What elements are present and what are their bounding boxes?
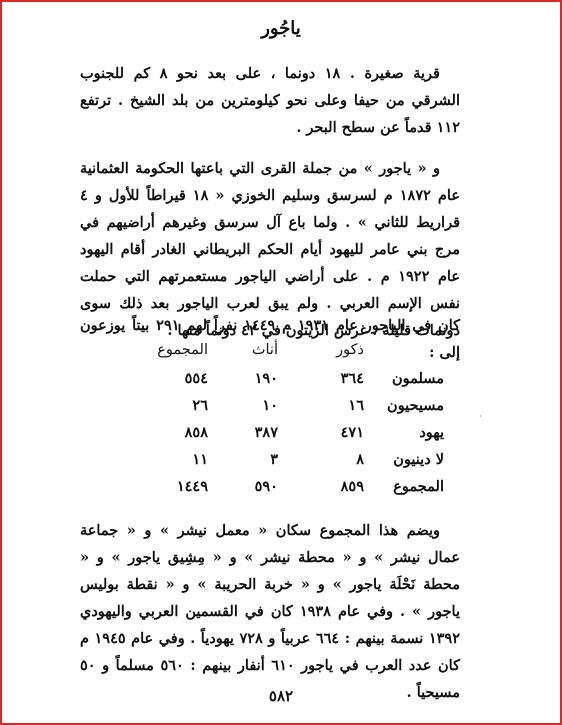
cell-female: ٣٨٧ xyxy=(218,424,278,441)
book-page: ياجُور قرية صغيرة . ١٨ دونما ، على بعد ن… xyxy=(0,0,562,725)
paragraph-later-census: ويضم هذا المجموع سكان « معمل نيشر » و « … xyxy=(80,517,460,706)
row-label: يهود xyxy=(419,424,444,441)
paragraph-intro: قرية صغيرة . ١٨ دونما ، على بعد نحو ٨ كم… xyxy=(80,60,460,141)
cell-total: ٨٥٨ xyxy=(138,424,208,441)
cell-male: ٨٥٩ xyxy=(304,478,364,495)
table-row: مسيحيون ١٦ ١٠ ٢٦ xyxy=(2,397,560,424)
header-male: ذكور xyxy=(304,342,364,358)
table-row-total: المجموع ٨٥٩ ٥٩٠ ١٤٤٩ xyxy=(2,478,560,505)
cell-total: ٥٥٤ xyxy=(138,370,208,387)
cell-female: ١٩٠ xyxy=(218,370,278,387)
population-table: ذكور أناث المجموع مسلمون ٣٦٤ ١٩٠ ٥٥٤ مسي… xyxy=(2,342,560,505)
page-title: ياجُور xyxy=(2,18,560,39)
cell-female: ١٠ xyxy=(218,397,278,414)
cell-female: ٣ xyxy=(218,451,278,468)
cell-male: ٣٦٤ xyxy=(304,370,364,387)
row-label: المجموع xyxy=(393,478,444,495)
header-total: المجموع xyxy=(138,342,208,358)
cell-male: ١٦ xyxy=(304,397,364,414)
page-number: ٥٨٢ xyxy=(2,687,560,705)
cell-male: ٤٧١ xyxy=(304,424,364,441)
cell-total: ١١ xyxy=(138,451,208,468)
row-label: لا دينيون xyxy=(393,451,444,468)
table-row: مسلمون ٣٦٤ ١٩٠ ٥٥٤ xyxy=(2,370,560,397)
row-label: مسيحيون xyxy=(387,397,444,414)
scan-speck xyxy=(480,415,482,417)
header-female: أناث xyxy=(218,342,278,358)
cell-female: ٥٩٠ xyxy=(218,478,278,495)
cell-total: ٢٦ xyxy=(138,397,208,414)
row-label: مسلمون xyxy=(392,370,444,387)
table-row: لا دينيون ٨ ٣ ١١ xyxy=(2,451,560,478)
table-row: يهود ٤٧١ ٣٨٧ ٨٥٨ xyxy=(2,424,560,451)
cell-total: ١٤٤٩ xyxy=(138,478,208,495)
cell-male: ٨ xyxy=(304,451,364,468)
table-header-row: ذكور أناث المجموع xyxy=(2,342,560,370)
